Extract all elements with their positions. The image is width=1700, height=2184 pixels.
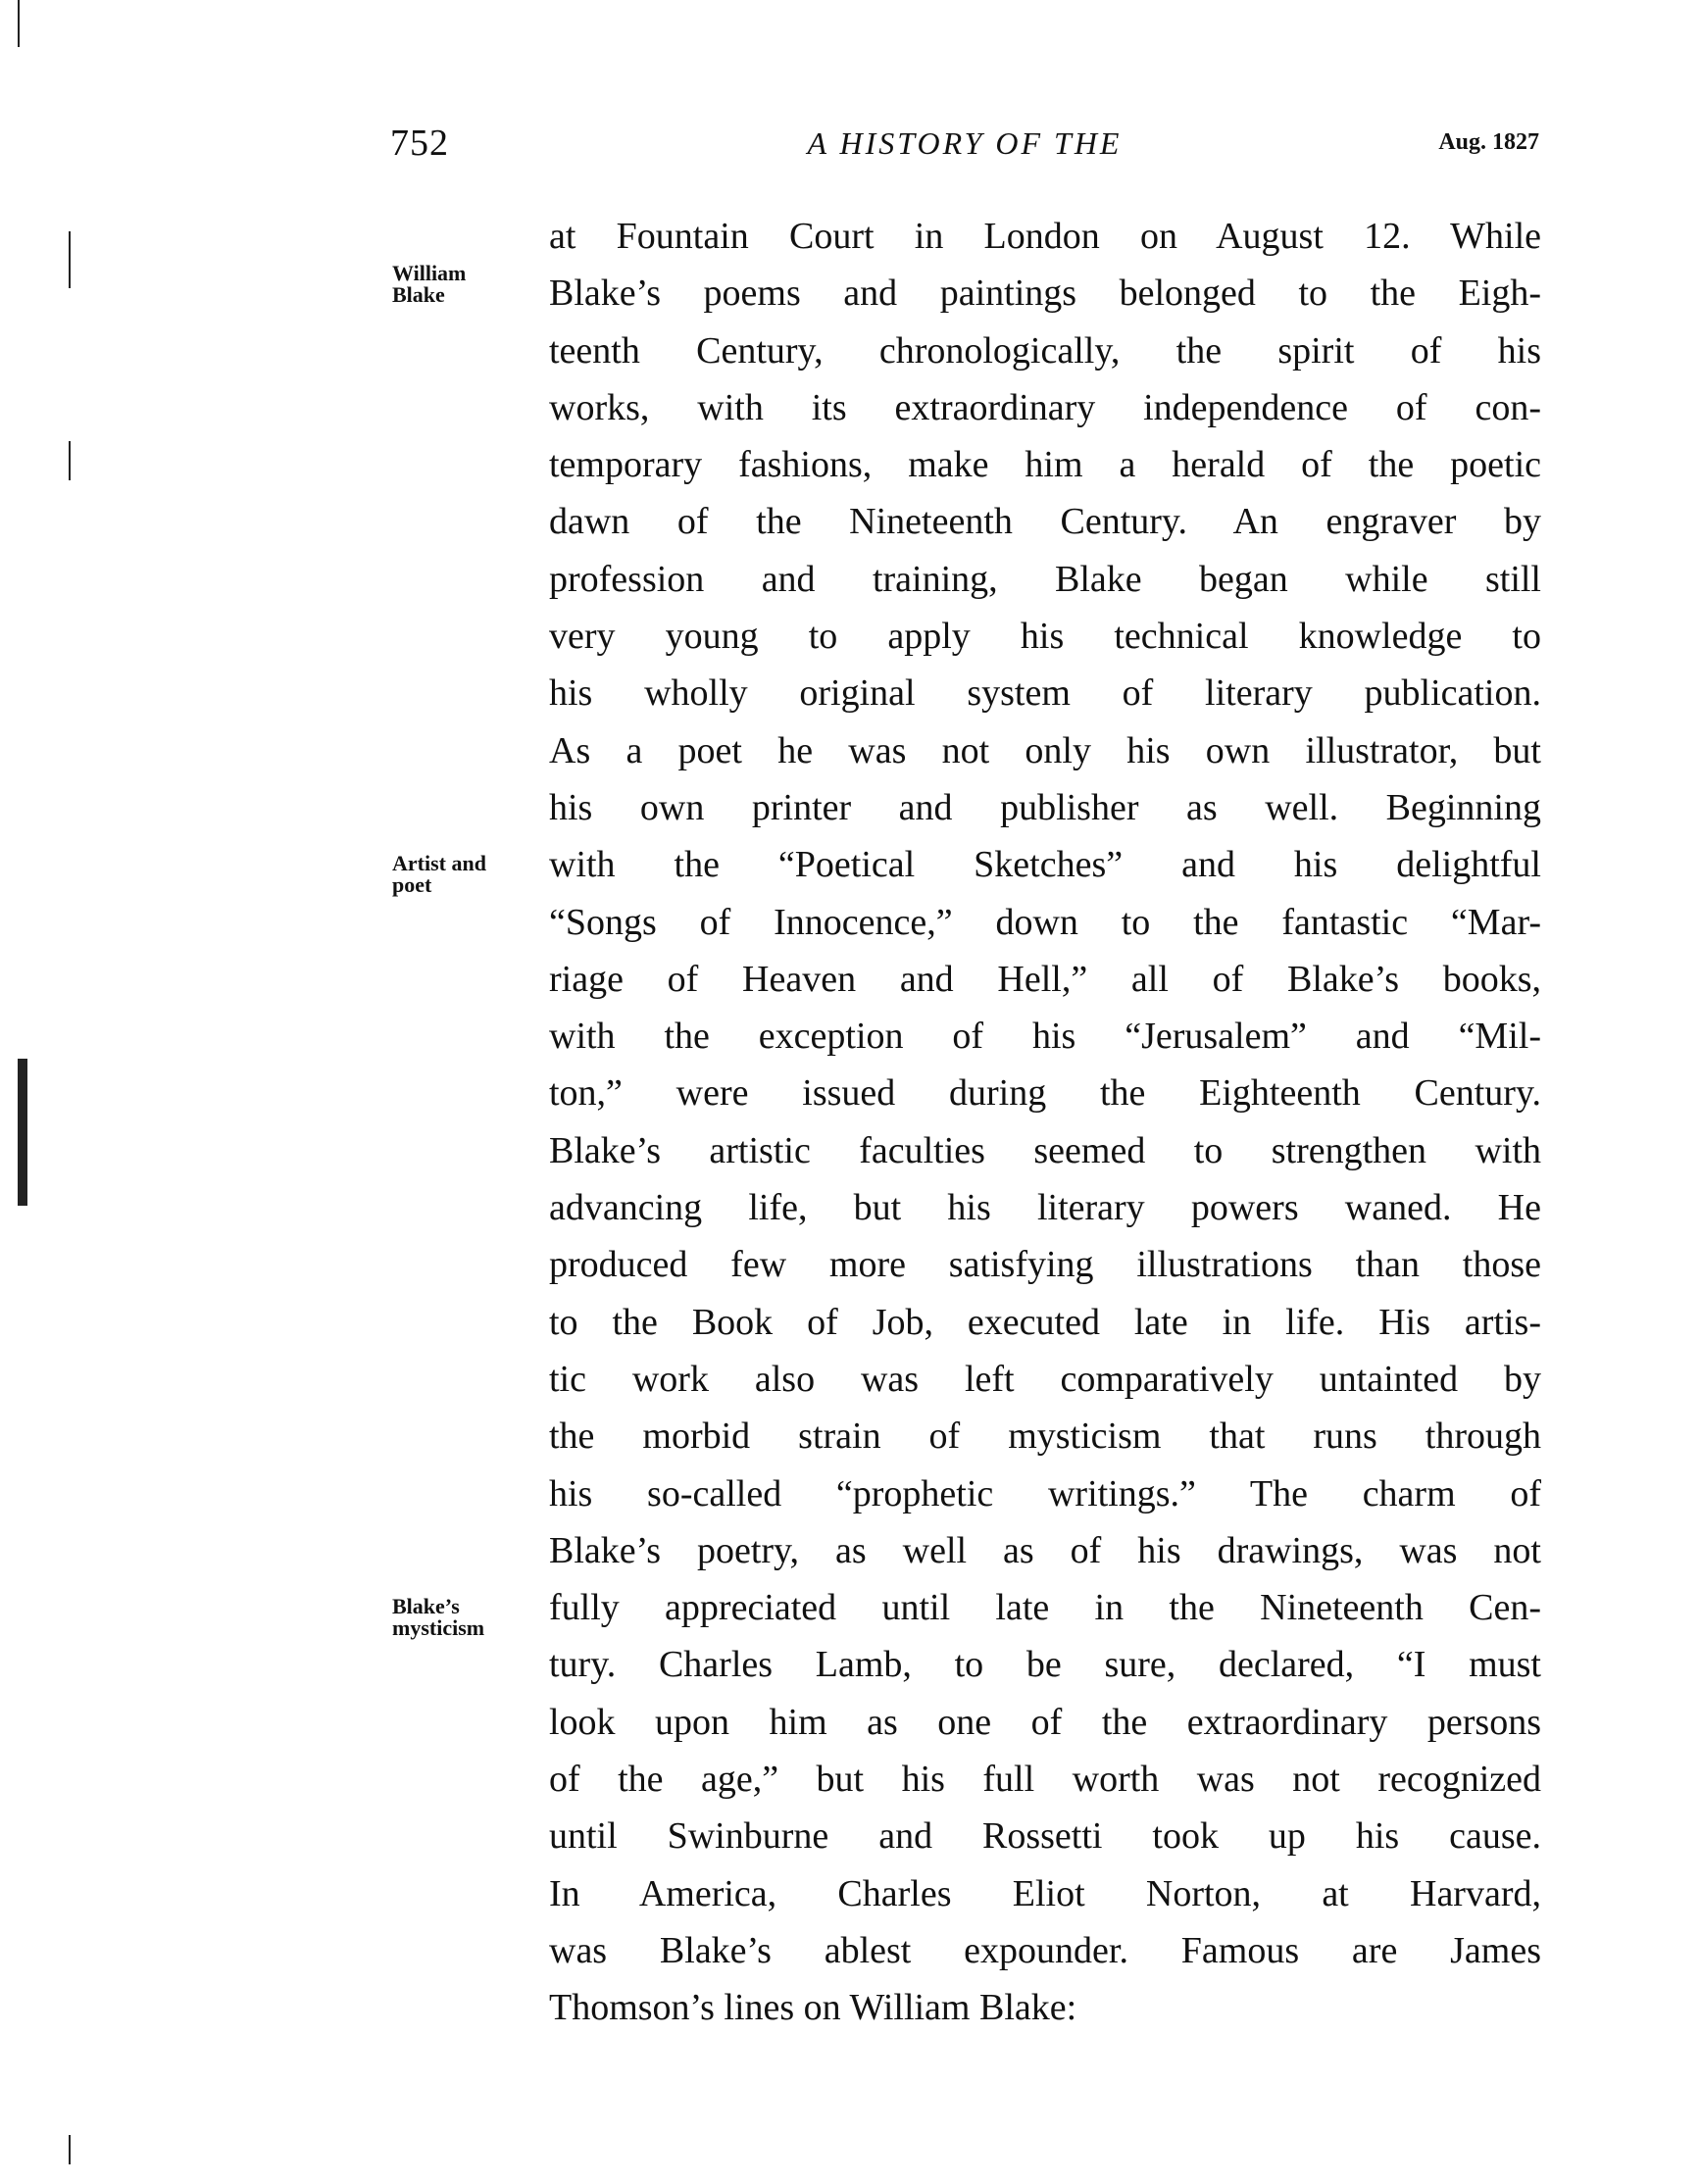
- text-line: Blake’s poems and paintings belonged to …: [549, 265, 1541, 322]
- scan-artifact: [18, 0, 20, 47]
- text-line: his wholly original system of literary p…: [549, 665, 1541, 721]
- sidenote-line: William: [392, 263, 466, 284]
- text-line: with the exception of his “Jerusalem” an…: [549, 1008, 1541, 1065]
- text-line: riage of Heaven and Hell,” all of Blake’…: [549, 951, 1541, 1008]
- text-line: until Swinburne and Rossetti took up his…: [549, 1808, 1541, 1864]
- running-title: A HISTORY OF THE: [390, 125, 1539, 162]
- text-line: Blake’s poetry, as well as of his drawin…: [549, 1522, 1541, 1579]
- running-date: Aug. 1827: [1438, 129, 1539, 156]
- text-line: Blake’s artistic faculties seemed to str…: [549, 1122, 1541, 1179]
- text-line: teenth Century, chronologically, the spi…: [549, 323, 1541, 379]
- scan-artifact: [69, 441, 71, 480]
- body-paragraph: at Fountain Court in London on August 12…: [549, 208, 1541, 2037]
- text-line: temporary fashions, make him a herald of…: [549, 436, 1541, 493]
- text-line: “Songs of Innocence,” down to the fantas…: [549, 894, 1541, 951]
- text-line: the morbid strain of mysticism that runs…: [549, 1408, 1541, 1464]
- text-line: tury. Charles Lamb, to be sure, declared…: [549, 1636, 1541, 1693]
- sidenote-line: Blake’s: [392, 1596, 484, 1617]
- text-line: with the “Poetical Sketches” and his del…: [549, 836, 1541, 893]
- text-line: his so-called “prophetic writings.” The …: [549, 1465, 1541, 1522]
- text-line: profession and training, Blake began whi…: [549, 551, 1541, 608]
- text-line: As a poet he was not only his own illust…: [549, 722, 1541, 779]
- text-line: very young to apply his technical knowle…: [549, 608, 1541, 665]
- sidenote-artist-and-poet: Artist and poet: [392, 853, 486, 896]
- text-line: ton,” were issued during the Eighteenth …: [549, 1065, 1541, 1121]
- text-line: advancing life, but his literary powers …: [549, 1179, 1541, 1236]
- text-line: look upon him as one of the extraordinar…: [549, 1694, 1541, 1751]
- text-line: was Blake’s ablest expounder. Famous are…: [549, 1922, 1541, 1979]
- text-line: fully appreciated until late in the Nine…: [549, 1579, 1541, 1636]
- scan-artifact: [69, 2135, 71, 2164]
- text-line: dawn of the Nineteenth Century. An engra…: [549, 493, 1541, 550]
- text-line: of the age,” but his full worth was not …: [549, 1751, 1541, 1808]
- text-line: at Fountain Court in London on August 12…: [549, 208, 1541, 265]
- text-line: to the Book of Job, executed late in lif…: [549, 1294, 1541, 1351]
- sidenote-william-blake: William Blake: [392, 263, 466, 306]
- scan-artifact: [18, 1059, 27, 1206]
- sidenote-line: Blake: [392, 284, 466, 306]
- text-line: produced few more satisfying illustratio…: [549, 1236, 1541, 1293]
- text-line: Thomson’s lines on William Blake:: [549, 1979, 1541, 2036]
- text-line: In America, Charles Eliot Norton, at Har…: [549, 1865, 1541, 1922]
- sidenote-line: Artist and: [392, 853, 486, 874]
- sidenote-line: poet: [392, 874, 486, 896]
- sidenote-blakes-mysticism: Blake’s mysticism: [392, 1596, 484, 1639]
- text-line: tic work also was left comparatively unt…: [549, 1351, 1541, 1408]
- text-line: works, with its extraordinary independen…: [549, 379, 1541, 436]
- text-line: his own printer and publisher as well. B…: [549, 779, 1541, 836]
- running-header: 752 A HISTORY OF THE Aug. 1827: [390, 122, 1539, 171]
- scan-artifact: [69, 231, 71, 288]
- document-page: 752 A HISTORY OF THE Aug. 1827 William B…: [0, 0, 1700, 2184]
- sidenote-line: mysticism: [392, 1617, 484, 1639]
